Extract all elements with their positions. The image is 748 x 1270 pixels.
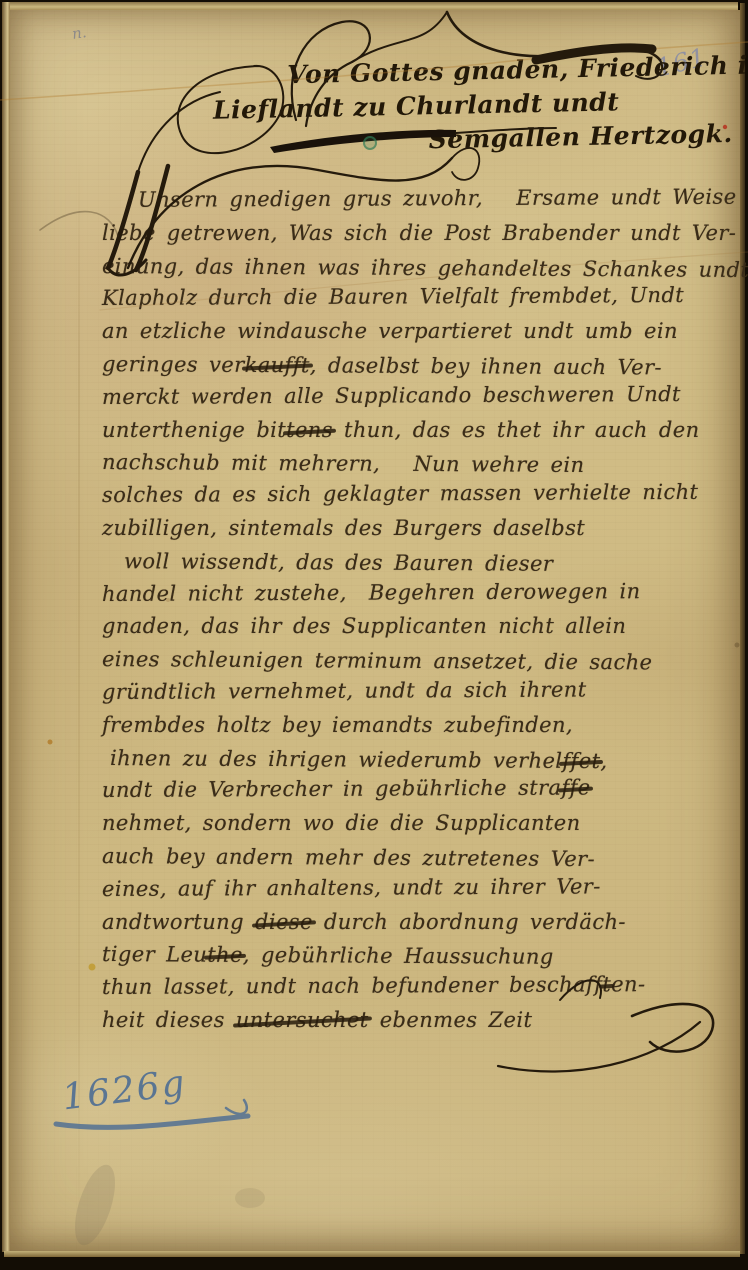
manuscript-body: Unsern gnedigen grus zuvohr, Ersame undt…	[102, 184, 747, 1037]
text-segment: auch bey andern mehr des zutretenes Ver-	[102, 844, 595, 871]
manuscript-line: Klapholz durch die Bauren Vielfalt fremb…	[102, 279, 747, 315]
text-segment: gnaden, das ihr des Supplicanten nicht a…	[102, 614, 626, 638]
text-segment: nehmet, sondern wo die die Supplicanten	[102, 811, 581, 835]
page-edge-top	[3, 2, 738, 10]
text-segment: thun, das es thet ihr auch den	[333, 418, 700, 442]
text-segment: durch abordnung verdäch-	[313, 910, 626, 934]
text-segment: solches da es sich geklagter massen verh…	[102, 480, 698, 507]
text-segment: Klapholz durch die Bauren Vielfalt fremb…	[102, 283, 684, 310]
corner-annotation: n.	[71, 23, 88, 43]
text-segment: frembdes holtz bey iemandts zubefinden,	[102, 713, 573, 737]
text-segment: einung, das ihnen was ihres gehandeltes …	[102, 254, 748, 282]
struck-text: untersuchet	[236, 1008, 369, 1032]
manuscript-line: heit dieses untersuchet ebenmes Zeit	[102, 1004, 747, 1037]
text-segment: Unsern gnedigen grus zuvohr, Ersame undt…	[138, 185, 737, 212]
text-segment: , gebührliche Haussuchung	[243, 943, 554, 969]
manuscript-line: handel nicht zustehe, Begehren derowegen…	[102, 574, 747, 610]
text-segment: , daselbst bey ihnen auch Ver-	[310, 353, 662, 379]
page-edge-bottom	[4, 1251, 740, 1257]
struck-text: kaufft	[245, 353, 310, 377]
text-segment: andtwortung	[102, 910, 255, 934]
text-segment: geringes ver	[102, 352, 245, 377]
text-segment: gründtlich vernehmet, undt da sich ihren…	[102, 677, 587, 704]
manuscript-line: gnaden, das ihr des Supplicanten nicht a…	[102, 610, 747, 643]
page-edge-left	[2, 2, 10, 1252]
manuscript-line: frembdes holtz bey iemandts zubefinden,	[102, 709, 747, 742]
scanned-manuscript-page: n. 161 Von Gottes gnaden, Friederich inL…	[0, 0, 748, 1270]
manuscript-line: zubilligen, sintemals des Burgers daselb…	[102, 512, 747, 545]
text-segment: woll wissendt, das des Bauren dieser	[124, 549, 553, 576]
struck-text: diese	[255, 910, 313, 934]
manuscript-line: unterthenige bittens thun, das es thet i…	[102, 414, 747, 447]
header-line: Semgallen Hertzogk.	[428, 118, 686, 157]
header-lines: Von Gottes gnaden, Friederich inLiefland…	[104, 50, 686, 164]
manuscript-line: undt die Verbrecher in gebührliche straf…	[102, 771, 747, 807]
struck-text: ffet	[562, 748, 600, 772]
manuscript-line: merckt werden alle Supplicando beschwere…	[102, 377, 747, 413]
struck-text: t	[602, 972, 611, 996]
text-segment: liebe getrewen, Was sich die Post Braben…	[102, 221, 736, 245]
text-segment: heit dieses	[102, 1008, 236, 1032]
struck-text: tens	[286, 418, 333, 442]
manuscript-line: liebe getrewen, Was sich die Post Braben…	[102, 217, 747, 250]
text-segment: ihnen zu des ihrigen wiederumb verhel	[110, 746, 563, 773]
text-segment: eines, auf ihr anhaltens, undt zu ihrer …	[102, 874, 601, 901]
text-segment: undt die Verbrecher in gebührliche stra	[102, 776, 562, 802]
text-segment: en-	[611, 972, 645, 996]
manuscript-line: an etzliche windausche verpartieret undt…	[102, 315, 747, 348]
text-segment: eines schleunigen terminum ansetzet, die…	[102, 647, 653, 674]
text-segment: ebenmes Zeit	[369, 1008, 533, 1032]
text-segment: tiger Leu	[102, 942, 207, 967]
manuscript-line: nehmet, sondern wo die die Supplicanten	[102, 807, 747, 840]
text-segment: handel nicht zustehe, Begehren derowegen…	[102, 579, 641, 606]
text-segment: zubilligen, sintemals des Burgers daselb…	[102, 516, 585, 540]
struck-text: the	[207, 943, 243, 967]
text-segment: merckt werden alle Supplicando beschwere…	[102, 382, 681, 409]
text-segment: an etzliche windausche verpartieret undt…	[102, 319, 678, 343]
text-segment: nachschub mit mehrern, Nun wehre ein	[102, 450, 585, 477]
struck-text: ffe	[561, 776, 590, 800]
text-segment: thun lasset, undt nach befundener bescha…	[102, 973, 602, 1000]
manuscript-line: gründtlich vernehmet, undt da sich ihren…	[102, 673, 747, 709]
manuscript-line: thun lasset, undt nach befundener bescha…	[102, 968, 747, 1004]
manuscript-line: solches da es sich geklagter massen verh…	[102, 476, 747, 512]
manuscript-line: eines, auf ihr anhaltens, undt zu ihrer …	[102, 869, 747, 905]
manuscript-line: Unsern gnedigen grus zuvohr, Ersame undt…	[102, 181, 747, 217]
manuscript-line: andtwortung diese durch abordnung verdäc…	[102, 906, 747, 939]
text-segment: unterthenige bit	[102, 418, 286, 442]
